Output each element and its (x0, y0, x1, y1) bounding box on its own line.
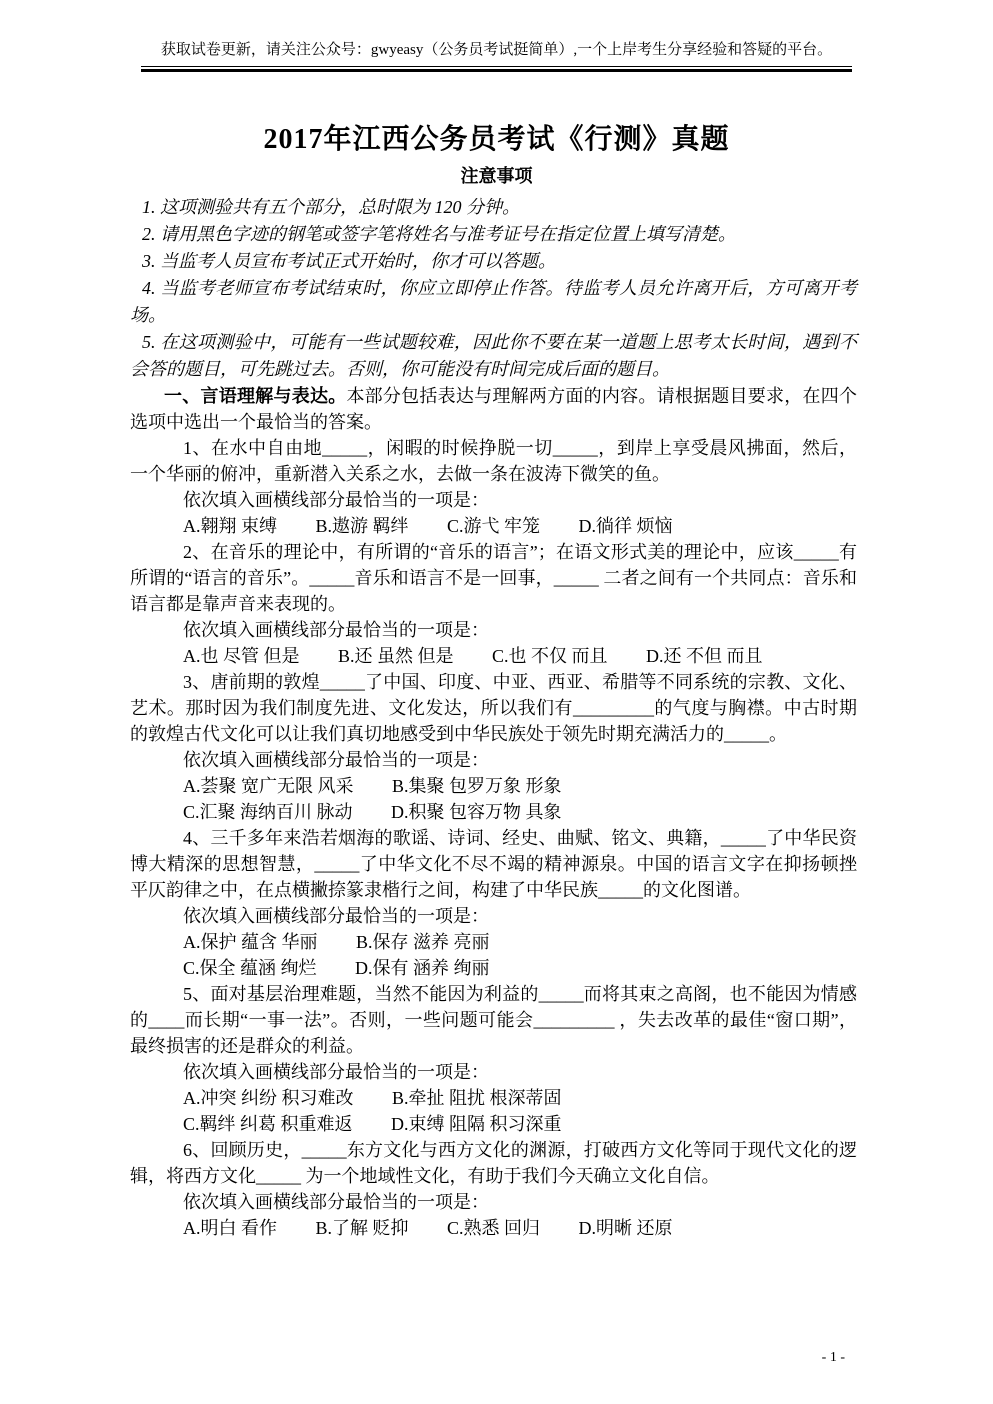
option-c: C.游弋 牢笼 (447, 513, 540, 539)
option-a: A.保护 蕴含 华丽 (183, 929, 318, 955)
option-c: C.羁绊 纠葛 积重难返 (183, 1111, 353, 1137)
question-stem: 1、在水中自由地_____，闲暇的时候挣脱一切_____，到岸上享受晨风拂面，然… (130, 435, 857, 487)
notice-item-4: 4. 当监考老师宣布考试结束时，你应立即停止作答。待监考人员允许离开后，方可离开… (130, 275, 857, 329)
option-a: A.冲突 纠纷 积习难改 (183, 1085, 354, 1111)
option-d: D.束缚 阻隔 积习深重 (391, 1111, 562, 1137)
option-b: B.保存 滋养 亮丽 (356, 929, 490, 955)
option-d: D.徜徉 烦恼 (579, 513, 673, 539)
notice-item-3: 3. 当监考人员宣布考试正式开始时，你才可以答题。 (130, 248, 857, 275)
option-a: A.也 尽管 但是 (183, 643, 300, 669)
question-stem: 6、回顾历史，_____东方文化与西方文化的渊源，打破西方文化等同于现代文化的逻… (130, 1137, 857, 1189)
option-b: B.了解 贬抑 (316, 1215, 409, 1241)
option-d: D.明晰 还原 (579, 1215, 673, 1241)
document-page: 获取试卷更新，请关注公众号：gwyeasy（公务员考试挺简单）,一个上岸考生分享… (0, 0, 993, 1404)
option-a: A.荟聚 宽广无限 风采 (183, 773, 354, 799)
question-stem: 5、面对基层治理难题，当然不能因为利益的_____而将其束之高阁，也不能因为情感… (130, 981, 857, 1059)
question-prompt: 依次填入画横线部分最恰当的一项是： (130, 1059, 857, 1085)
option-b: B.还 虽然 但是 (338, 643, 454, 669)
question-prompt: 依次填入画横线部分最恰当的一项是： (130, 903, 857, 929)
options-row: C.羁绊 纠葛 积重难返 D.束缚 阻隔 积习深重 (130, 1111, 857, 1137)
page-number: - 1 - (822, 1350, 845, 1366)
options-row: A.也 尽管 但是 B.还 虽然 但是 C.也 不仅 而且 D.还 不但 而且 (130, 643, 857, 669)
option-c: C.汇聚 海纳百川 脉动 (183, 799, 353, 825)
question-prompt: 依次填入画横线部分最恰当的一项是： (130, 617, 857, 643)
page-title: 2017年江西公务员考试《行测》真题 (0, 122, 993, 158)
question-3: 3、唐前期的敦煌_____了中国、印度、中亚、西亚、希腊等不同系统的宗教、文化、… (130, 669, 857, 825)
options-row: A.荟聚 宽广无限 风采 B.集聚 包罗万象 形象 (130, 773, 857, 799)
section-intro: 一、言语理解与表达。本部分包括表达与理解两方面的内容。请根据题目要求，在四个选项… (130, 383, 857, 435)
question-2: 2、在音乐的理论中，有所谓的“音乐的语言”；在语文形式美的理论中，应该_____… (130, 539, 857, 669)
options-row: A.保护 蕴含 华丽 B.保存 滋养 亮丽 (130, 929, 857, 955)
options-row: A.翱翔 束缚 B.遨游 羁绊 C.游弋 牢笼 D.徜徉 烦恼 (130, 513, 857, 539)
notice-item-1: 1. 这项测验共有五个部分，总时限为 120 分钟。 (130, 194, 857, 221)
question-1: 1、在水中自由地_____，闲暇的时候挣脱一切_____，到岸上享受晨风拂面，然… (130, 435, 857, 539)
question-4: 4、三千多年来浩若烟海的歌谣、诗词、经史、曲赋、铭文、典籍，_____了中华民资… (130, 825, 857, 981)
option-a: A.翱翔 束缚 (183, 513, 277, 539)
notice-item-2: 2. 请用黑色字迹的钢笔或签字笔将姓名与准考证号在指定位置上填写清楚。 (130, 221, 857, 248)
question-6: 6、回顾历史，_____东方文化与西方文化的渊源，打破西方文化等同于现代文化的逻… (130, 1137, 857, 1241)
header-notice: 获取试卷更新，请关注公众号：gwyeasy（公务员考试挺简单）,一个上岸考生分享… (141, 0, 852, 60)
option-a: A.明白 看作 (183, 1215, 277, 1241)
options-row: C.汇聚 海纳百川 脉动 D.积聚 包容万物 具象 (130, 799, 857, 825)
question-stem: 2、在音乐的理论中，有所谓的“音乐的语言”；在语文形式美的理论中，应该_____… (130, 539, 857, 617)
notice-list: 1. 这项测验共有五个部分，总时限为 120 分钟。 2. 请用黑色字迹的钢笔或… (130, 194, 857, 383)
question-5: 5、面对基层治理难题，当然不能因为利益的_____而将其束之高阁，也不能因为情感… (130, 981, 857, 1137)
question-prompt: 依次填入画横线部分最恰当的一项是： (130, 487, 857, 513)
notice-title: 注意事项 (0, 165, 993, 187)
options-row: A.冲突 纠纷 积习难改 B.牵扯 阻扰 根深蒂固 (130, 1085, 857, 1111)
section-heading: 一、言语理解与表达。 (164, 386, 346, 406)
question-stem: 4、三千多年来浩若烟海的歌谣、诗词、经史、曲赋、铭文、典籍，_____了中华民资… (130, 825, 857, 903)
option-d: D.积聚 包容万物 具象 (391, 799, 562, 825)
notice-item-5: 5. 在这项测验中，可能有一些试题较难，因此你不要在某一道题上思考太长时间，遇到… (130, 329, 857, 383)
option-c: C.保全 蕴涵 绚烂 (183, 955, 317, 981)
option-b: B.遨游 羁绊 (316, 513, 409, 539)
header-double-rule (141, 66, 852, 72)
document-body: 1. 这项测验共有五个部分，总时限为 120 分钟。 2. 请用黑色字迹的钢笔或… (130, 194, 857, 1241)
option-b: B.集聚 包罗万象 形象 (392, 773, 562, 799)
question-prompt: 依次填入画横线部分最恰当的一项是： (130, 747, 857, 773)
option-b: B.牵扯 阻扰 根深蒂固 (392, 1085, 562, 1111)
question-stem: 3、唐前期的敦煌_____了中国、印度、中亚、西亚、希腊等不同系统的宗教、文化、… (130, 669, 857, 747)
option-d: D.还 不但 而且 (646, 643, 763, 669)
options-row: C.保全 蕴涵 绚烂 D.保有 涵养 绚丽 (130, 955, 857, 981)
question-prompt: 依次填入画横线部分最恰当的一项是： (130, 1189, 857, 1215)
options-row: A.明白 看作 B.了解 贬抑 C.熟悉 回归 D.明晰 还原 (130, 1215, 857, 1241)
option-d: D.保有 涵养 绚丽 (355, 955, 490, 981)
option-c: C.熟悉 回归 (447, 1215, 540, 1241)
option-c: C.也 不仅 而且 (492, 643, 608, 669)
